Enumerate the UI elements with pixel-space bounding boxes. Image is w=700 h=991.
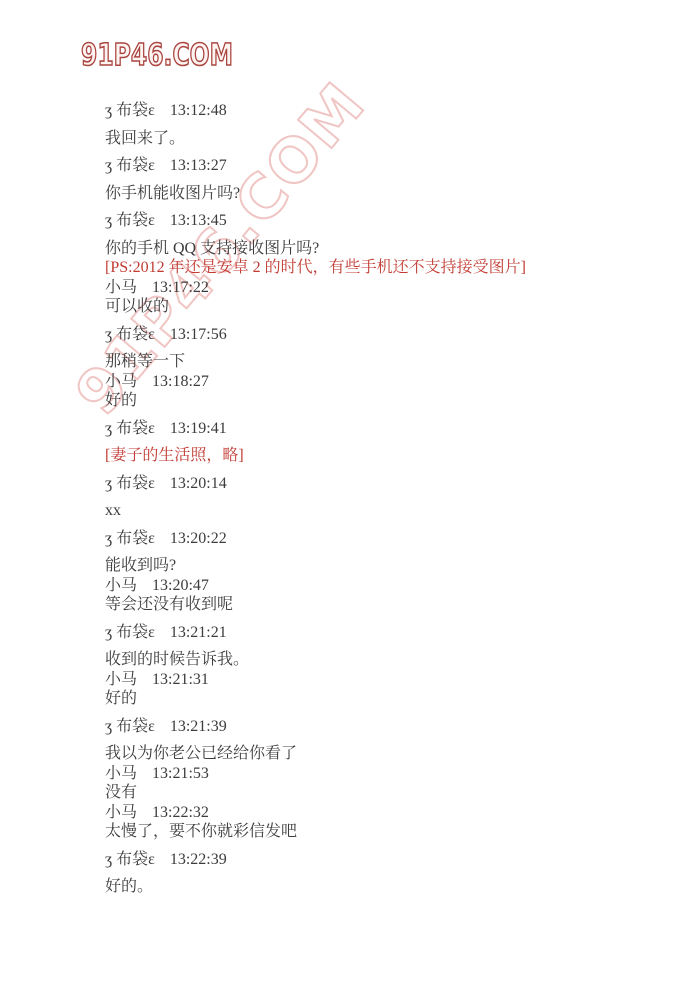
timestamp: 13:20:47 xyxy=(152,577,209,594)
chat-header: 小马13:22:32 xyxy=(105,803,650,823)
sender-name: 小马 xyxy=(105,671,137,688)
chat-lines: ʒ 布袋ɛ13:12:48我回来了。ʒ 布袋ɛ13:13:27你手机能收图片吗?… xyxy=(105,101,650,897)
chat-header: ʒ 布袋ɛ13:19:41 xyxy=(105,419,650,439)
chat-message: 我以为你老公已经给你看了 xyxy=(105,744,650,764)
chat-header: ʒ 布袋ɛ13:21:21 xyxy=(105,623,650,643)
site-logo: 91P46.COM xyxy=(78,32,258,78)
sender-name: ʒ 布袋ɛ xyxy=(105,102,155,119)
sender-name: ʒ 布袋ɛ xyxy=(105,326,155,343)
timestamp: 13:22:39 xyxy=(170,851,227,868)
chat-message: 收到的时候告诉我。 xyxy=(105,650,650,670)
sender-name: 小马 xyxy=(105,577,137,594)
sender-name: ʒ 布袋ɛ xyxy=(105,624,155,641)
chat-header: ʒ 布袋ɛ13:13:27 xyxy=(105,156,650,176)
annotation-message: [PS:2012 年还是安卓 2 的时代，有些手机还不支持接受图片] xyxy=(105,258,650,278)
chat-message: 可以收的 xyxy=(105,297,650,317)
chat-header: 小马13:17:22 xyxy=(105,278,650,298)
chat-message: 你手机能收图片吗? xyxy=(105,184,650,204)
timestamp: 13:22:32 xyxy=(152,804,209,821)
chat-message: 我回来了。 xyxy=(105,129,650,149)
timestamp: 13:20:22 xyxy=(170,530,227,547)
chat-message: 你的手机 QQ 支持接收图片吗? xyxy=(105,239,650,259)
chat-message: 好的 xyxy=(105,689,650,709)
chat-header: 小马13:21:53 xyxy=(105,764,650,784)
chat-header: 小马13:18:27 xyxy=(105,372,650,392)
sender-name: ʒ 布袋ɛ xyxy=(105,530,155,547)
sender-name: 小马 xyxy=(105,765,137,782)
timestamp: 13:12:48 xyxy=(170,102,227,119)
timestamp: 13:19:41 xyxy=(170,420,227,437)
chat-message: 好的。 xyxy=(105,877,650,897)
timestamp: 13:13:45 xyxy=(170,212,227,229)
chat-message: 没有 xyxy=(105,783,650,803)
sender-name: ʒ 布袋ɛ xyxy=(105,157,155,174)
document-page: 91P46.COM 91P46.COM ʒ 布袋ɛ13:12:48我回来了。ʒ … xyxy=(0,0,700,991)
chat-header: ʒ 布袋ɛ13:22:39 xyxy=(105,850,650,870)
timestamp: 13:20:14 xyxy=(170,475,227,492)
timestamp: 13:13:27 xyxy=(170,157,227,174)
sender-name: 小马 xyxy=(105,804,137,821)
timestamp: 13:17:22 xyxy=(152,279,209,296)
timestamp: 13:21:31 xyxy=(152,671,209,688)
chat-message: 那稍等一下 xyxy=(105,352,650,372)
chat-header: ʒ 布袋ɛ13:20:14 xyxy=(105,474,650,494)
chat-header: ʒ 布袋ɛ13:21:39 xyxy=(105,717,650,737)
sender-name: ʒ 布袋ɛ xyxy=(105,851,155,868)
chat-message: 太慢了，要不你就彩信发吧 xyxy=(105,822,650,842)
sender-name: ʒ 布袋ɛ xyxy=(105,475,155,492)
sender-name: 小马 xyxy=(105,279,137,296)
chat-message: 好的 xyxy=(105,391,650,411)
timestamp: 13:17:56 xyxy=(170,326,227,343)
chat-header: 小马13:21:31 xyxy=(105,670,650,690)
chat-header: ʒ 布袋ɛ13:12:48 xyxy=(105,101,650,121)
site-logo-text: 91P46.COM xyxy=(81,38,233,73)
chat-header: ʒ 布袋ɛ13:20:22 xyxy=(105,529,650,549)
sender-name: ʒ 布袋ɛ xyxy=(105,212,155,229)
chat-transcript: ʒ 布袋ɛ13:12:48我回来了。ʒ 布袋ɛ13:13:27你手机能收图片吗?… xyxy=(105,0,650,897)
chat-message: 能收到吗? xyxy=(105,556,650,576)
chat-message: xx xyxy=(105,501,650,521)
sender-name: ʒ 布袋ɛ xyxy=(105,420,155,437)
timestamp: 13:21:21 xyxy=(170,624,227,641)
timestamp: 13:21:39 xyxy=(170,718,227,735)
sender-name: ʒ 布袋ɛ xyxy=(105,718,155,735)
sender-name: 小马 xyxy=(105,373,137,390)
chat-message: 等会还没有收到呢 xyxy=(105,595,650,615)
chat-header: 小马13:20:47 xyxy=(105,576,650,596)
timestamp: 13:21:53 xyxy=(152,765,209,782)
chat-header: ʒ 布袋ɛ13:17:56 xyxy=(105,325,650,345)
timestamp: 13:18:27 xyxy=(152,373,209,390)
chat-header: ʒ 布袋ɛ13:13:45 xyxy=(105,211,650,231)
annotation-message: [妻子的生活照，略] xyxy=(105,446,650,466)
